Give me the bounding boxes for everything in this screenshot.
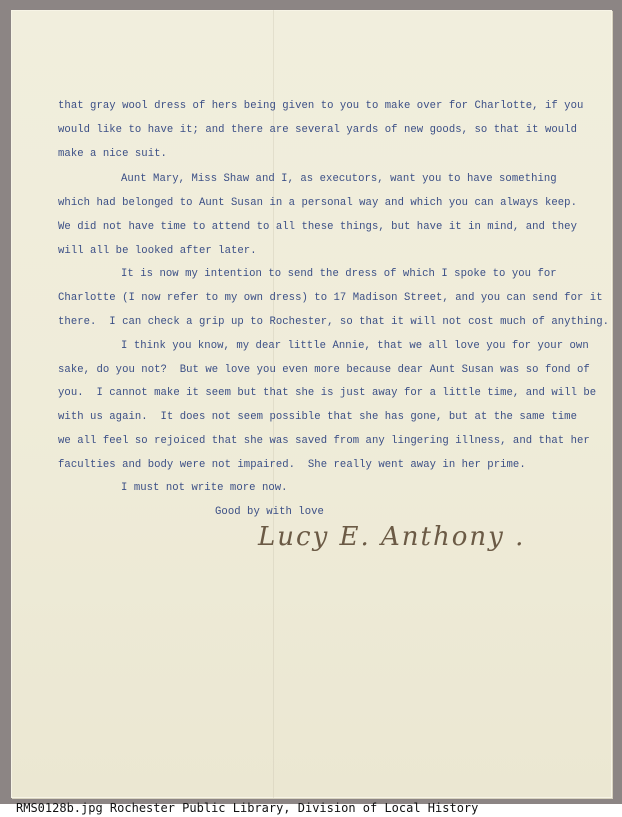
text-line: we all feel so rejoiced that she was sav… <box>58 435 590 447</box>
text-line: with us again. It does not seem possible… <box>58 411 577 423</box>
text-line: Charlotte (I now refer to my own dress) … <box>58 292 603 304</box>
text-line: will all be looked after later. <box>58 245 257 257</box>
text-line: Aunt Mary, Miss Shaw and I, as executors… <box>121 173 557 185</box>
text-line: which had belonged to Aunt Susan in a pe… <box>58 197 577 209</box>
text-line: make a nice suit. <box>58 148 167 160</box>
closing: Good by with love <box>215 506 324 518</box>
text-line: sake, do you not? But we love you even m… <box>58 364 590 376</box>
text-line: there. I can check a grip up to Rocheste… <box>58 316 609 328</box>
text-line: We did not have time to attend to all th… <box>58 221 577 233</box>
text-line: I must not write more now. <box>121 482 288 494</box>
text-line: It is now my intention to send the dress… <box>121 268 557 280</box>
text-line: faculties and body were not impaired. Sh… <box>58 459 526 471</box>
text-line: that gray wool dress of hers being given… <box>58 100 583 112</box>
text-line: would like to have it; and there are sev… <box>58 124 577 136</box>
image-caption: RMS0128b.jpg Rochester Public Library, D… <box>16 801 478 815</box>
text-line: I think you know, my dear little Annie, … <box>121 340 589 352</box>
signature: Lucy E. Anthony . <box>258 522 525 552</box>
text-line: you. I cannot make it seem but that she … <box>58 387 596 399</box>
